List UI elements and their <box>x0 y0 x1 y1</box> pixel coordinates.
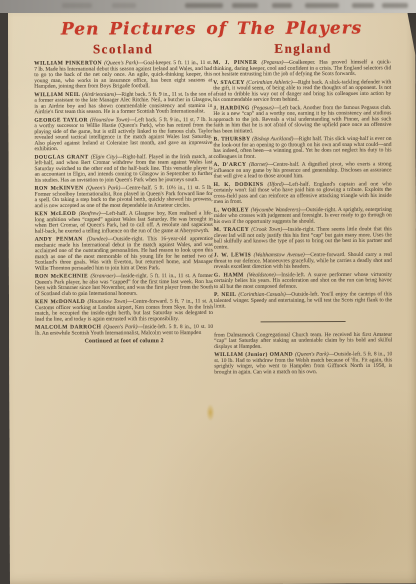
player-entry: L. WORLEY (Wycombe Wanderers)—Outside-ri… <box>214 207 392 225</box>
player-club: (Airdrieonians) <box>82 91 116 97</box>
player-club: (Corinthian Athletic) <box>246 79 292 85</box>
player-name: WILLIAM (Junior) OMAND <box>214 351 295 357</box>
player-club: (Hounslow Town) <box>88 298 128 304</box>
player-club: (Bishop Auckland) <box>252 136 293 142</box>
player-club: (Stranraer) <box>90 273 115 279</box>
player-name: GEORGE TAYLOR <box>34 117 90 123</box>
player-club: (Corinthian-Casuals) <box>238 291 285 297</box>
player-club: (Crook Town) <box>251 226 282 232</box>
continuation-player-list: WILLIAM (Junior) OMAND (Queen's Park)—Ou… <box>214 351 392 375</box>
photo-top-edge <box>0 0 416 13</box>
top-edge-ghost-text <box>272 3 292 8</box>
player-name: KEN McLEOD <box>35 210 79 216</box>
player-club: (Dundee) <box>87 236 108 242</box>
player-name: V. STACEY <box>213 79 246 85</box>
scotland-player-list: WILLIAM PINKERTON (Queen's Park)—Goal-ke… <box>34 60 213 336</box>
top-edge-ghost-text <box>232 3 258 8</box>
player-entry: M. TRACEY (Crook Town)—Inside-right. The… <box>214 226 392 250</box>
england-column: England M. J. PINNER (Pegasus)—Goalkeepe… <box>213 40 395 565</box>
player-name: J. W. LEWIS <box>214 252 254 258</box>
page-title: Pen Pictures of The Players <box>8 18 415 39</box>
player-club: (Queen's Park) <box>104 324 138 330</box>
player-name: KEN McDONALD <box>35 298 88 304</box>
player-entry: ANDY PENMAN (Dundee)—Outside-right. This… <box>35 236 213 271</box>
continuation-lead: from Dalmarnock Congregational Church te… <box>214 332 392 350</box>
top-edge-ghost-text <box>352 3 374 8</box>
england-header: England <box>213 40 393 57</box>
continued-note: Continued at foot of column 2 <box>35 338 213 344</box>
player-entry: H. K. DODKINS (Ilford)—Left-half. Englan… <box>214 181 392 205</box>
player-club: (Queen's Park) <box>295 351 329 357</box>
player-entry: V. STACEY (Corinthian Athletic)—Right ba… <box>213 79 391 103</box>
player-entry: J. HARDING (Pegasus)—Left back. Another … <box>213 105 391 134</box>
player-entry: M. J. PINNER (Pegasus)—Goalkeeper. Has p… <box>213 59 391 77</box>
player-name: B. THURSBY <box>213 136 252 142</box>
player-entry: GEORGE TAYLOR (Hounslow Town)—Left back.… <box>34 117 212 152</box>
player-name: L. WORLEY <box>214 207 251 213</box>
player-name: H. K. DODKINS <box>214 181 268 187</box>
player-entry: J. W. LEWIS (Walthamstow Avenue)—Centre-… <box>214 252 392 270</box>
player-name: M. TRACEY <box>214 226 252 232</box>
player-name: WILLIAM NEIL <box>34 91 82 97</box>
player-name: A. D'ARCY <box>214 161 249 167</box>
player-entry: KEN McLEOD (Renfrew)—Left-half. A Glasgo… <box>35 210 213 234</box>
player-club: (Wealdstone) <box>247 272 276 278</box>
player-club: (Pegasus) <box>262 59 284 65</box>
player-entry: A. D'ARCY (Barnet)—Centre-half. A dignif… <box>214 161 392 179</box>
player-entry: WILLIAM (Junior) OMAND (Queen's Park)—Ou… <box>214 351 392 375</box>
player-name: M. J. PINNER <box>213 59 261 65</box>
programme-page: Pen Pictures of The Players Scotland WIL… <box>8 11 416 584</box>
section-divider <box>261 321 346 322</box>
top-edge-ghost-text <box>62 3 92 8</box>
player-club: (Wycombe Wanderers) <box>251 206 301 212</box>
scotland-column: Scotland WILLIAM PINKERTON (Queen's Park… <box>34 41 214 566</box>
player-name: G. HAMM <box>214 272 247 278</box>
player-entry: RON McKINVEN (Queen's Park)—Centre-half.… <box>35 185 213 209</box>
scotland-header: Scotland <box>34 41 212 58</box>
player-name: ANDY PENMAN <box>35 236 87 242</box>
player-club: (Queen's Park) <box>86 185 120 191</box>
player-name: J. HARDING <box>213 105 251 111</box>
paper-stain <box>206 404 214 421</box>
player-name: DOUGLAS GRANT <box>34 154 90 160</box>
player-name: MALCOLM DARROCH <box>35 324 103 330</box>
player-entry: RON McKECHNIE (Stranraer)—Inside-right. … <box>35 273 213 297</box>
photo-background: Pen Pictures of The Players Scotland WIL… <box>0 0 416 584</box>
player-club: (Hounslow Town) <box>90 117 129 123</box>
player-club: (Walthamstow Avenue) <box>254 252 305 258</box>
top-edge-ghost-text <box>305 3 339 8</box>
player-name: RON McKINVEN <box>35 185 86 191</box>
top-edge-ghost-text <box>112 3 136 8</box>
player-entry: WILLIAM PINKERTON (Queen's Park)—Goal-ke… <box>34 60 212 89</box>
player-club: (Renfrew) <box>79 210 101 216</box>
player-club: (Elgin City) <box>91 154 118 160</box>
player-entry: G. HAMM (Wealdstone)—Inside-left. A suav… <box>214 272 392 290</box>
player-club: (Barnet) <box>249 161 268 167</box>
top-edge-ghost-text <box>185 3 223 8</box>
player-club: (Ilford) <box>268 181 284 187</box>
player-entry: KEN McDONALD (Hounslow Town)—Centre-forw… <box>35 298 213 322</box>
player-name: RON McKECHNIE <box>35 273 91 279</box>
player-entry: DOUGLAS GRANT (Elgin City)—Right-half. P… <box>34 154 212 183</box>
player-club: (Pegasus) <box>252 105 274 111</box>
player-club: (Queen's Park) <box>104 60 138 66</box>
player-entry: B. THURSBY (Bishop Auckland)—Right half.… <box>213 136 391 160</box>
player-entry: WILLIAM NEIL (Airdrieonians)—Right back.… <box>34 91 212 115</box>
top-edge-ghost-text <box>382 3 408 8</box>
player-name: WILLIAM PINKERTON <box>34 60 104 66</box>
player-name: P. NEIL <box>214 291 238 297</box>
player-entry: MALCOLM DARROCH (Queen's Park)—Inside-le… <box>35 324 213 336</box>
england-player-list: M. J. PINNER (Pegasus)—Goalkeeper. Has p… <box>213 59 392 309</box>
player-entry: P. NEIL (Corinthian-Casuals)—Outside-lef… <box>214 291 392 309</box>
